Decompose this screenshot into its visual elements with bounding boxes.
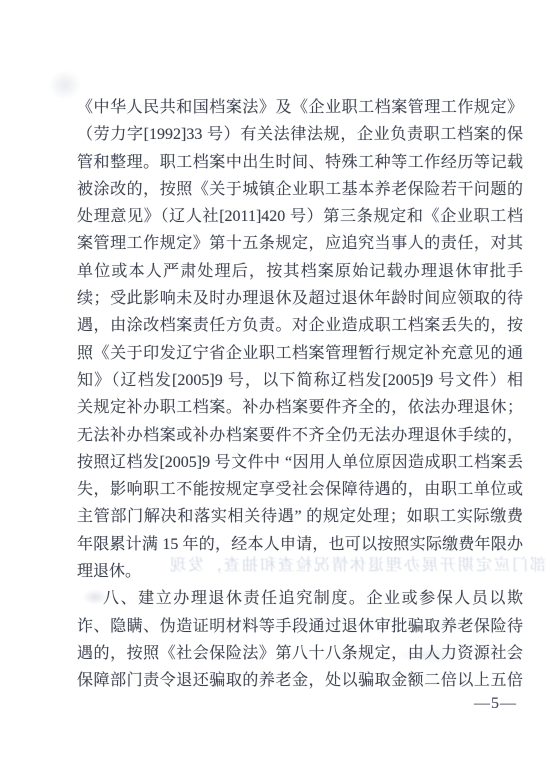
text-line: 理退休。 — [77, 558, 523, 585]
text-line: 保障部门责令退还骗取的养老金，处以骗取金额二倍以上五倍 — [77, 667, 523, 694]
page-number: —5— — [474, 695, 517, 713]
text-line: 遇，由涂改档案责任方负责。对企业造成职工档案丢失的，按 — [77, 312, 523, 339]
text-line: 处理意见》（辽人社[2011]420 号）第三条规定和《企业职工档 — [77, 203, 523, 230]
text-line: 主管部门解决和落实相关待遇” 的规定处理；如职工实际缴费 — [77, 503, 523, 530]
text-line: 遇的，按照《社会保险法》第八十八条规定，由人力资源社会 — [77, 640, 523, 667]
text-line: 管和整理。职工档案中出生时间、特殊工种等工作经历等记载 — [77, 149, 523, 176]
text-line: 失，影响职工不能按规定享受社会保障待遇的，由职工单位或 — [77, 476, 523, 503]
text-line: 知》（辽档发[2005]9 号，以下简称辽档发[2005]9 号文件）相 — [77, 367, 523, 394]
text-line: 续；受此影响未及时办理退休及超过退休年龄时间应领取的待 — [77, 285, 523, 312]
text-line: 按照辽档发[2005]9 号文件中 “因用人单位原因造成职工档案丢 — [77, 449, 523, 476]
text-line: 案管理工作规定》第十五条规定，应追究当事人的责任，对其 — [77, 230, 523, 257]
text-line: 年限累计满 15 年的，经本人申请，也可以按照实际缴费年限办 — [77, 531, 523, 558]
text-line: 关规定补办职工档案。补办档案要件齐全的，依法办理退休； — [77, 394, 523, 421]
text-line: 八、建立办理退休责任追究制度。企业或参保人员以欺 — [77, 585, 523, 612]
document-page: 部门应定期开展办理退休情况检查和抽查，发现问题及 《中华人民共和国档案法》及《企… — [0, 0, 550, 763]
text-line: 诈、隐瞒、伪造证明材料等手段通过退休审批骗取养老保险待 — [77, 613, 523, 640]
text-line: 《中华人民共和国档案法》及《企业职工档案管理工作规定》 — [77, 94, 523, 121]
text-line: 无法补办档案或补办档案要件不齐全仍无法办理退休手续的， — [77, 422, 523, 449]
text-line: 照《关于印发辽宁省企业职工档案管理暂行规定补充意见的通 — [77, 340, 523, 367]
text-line: （劳力字[1992]33 号）有关法律法规，企业负责职工档案的保 — [77, 121, 523, 148]
text-line: 单位或本人严肃处理后，按其档案原始记载办理退休审批手 — [77, 258, 523, 285]
document-body: 《中华人民共和国档案法》及《企业职工档案管理工作规定》（劳力字[1992]33 … — [77, 94, 523, 695]
text-line: 被涂改的，按照《关于城镇企业职工基本养老保险若干问题的 — [77, 176, 523, 203]
